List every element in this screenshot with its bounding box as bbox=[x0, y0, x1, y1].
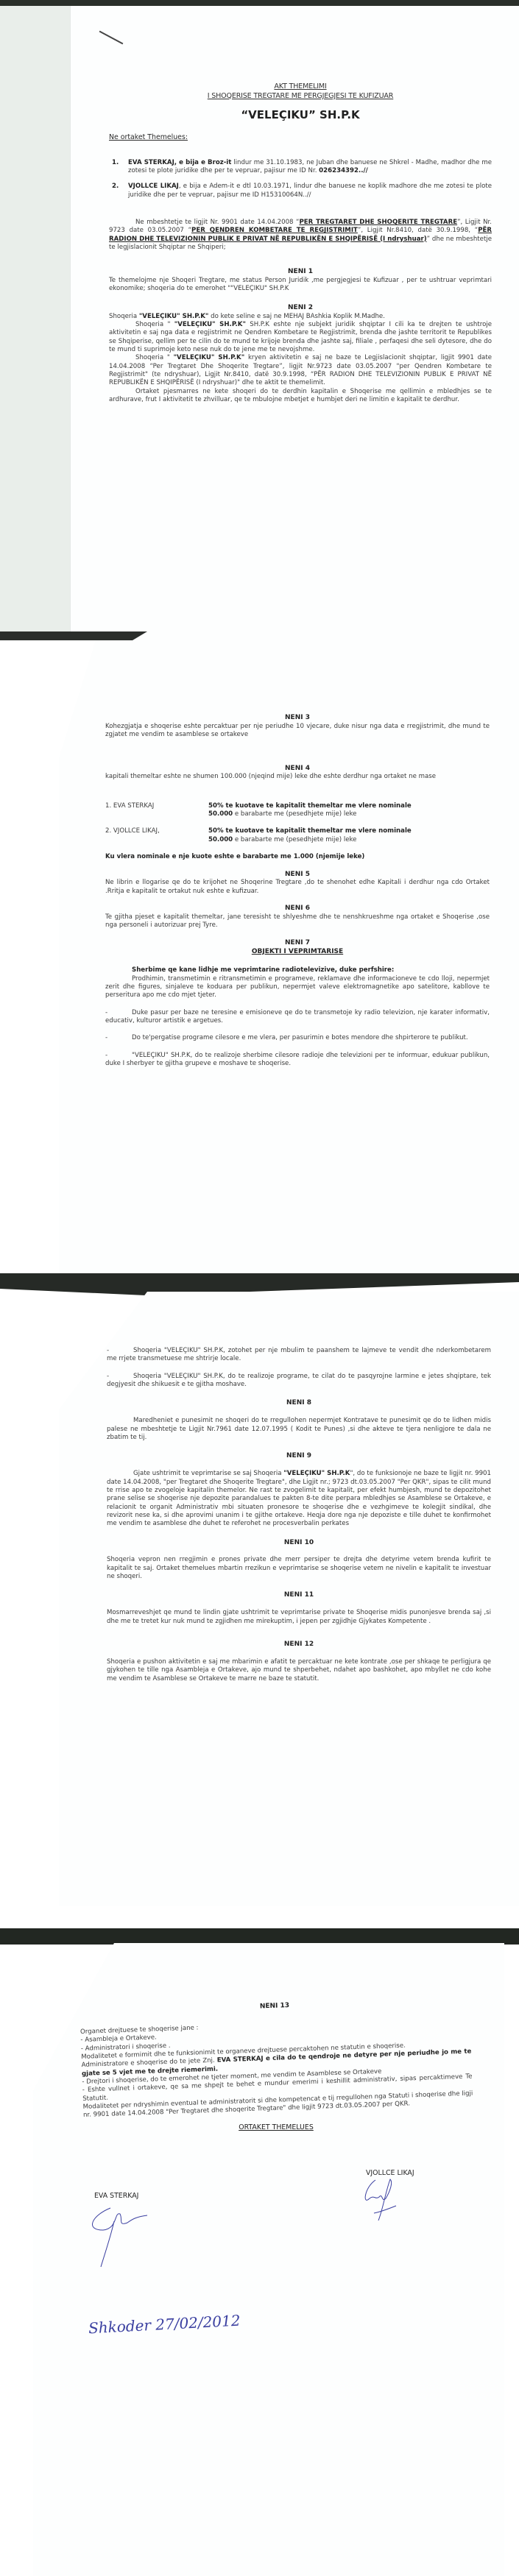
scan-edge bbox=[0, 631, 147, 640]
neni-3-title: NENI 3 bbox=[105, 714, 490, 723]
nominal-value: Ku vlera nominale e nje kuote eshte e ba… bbox=[105, 853, 490, 861]
neni-7-item-3: -"VELEÇIKU" SH.P.K, do te realizoje sher… bbox=[105, 1052, 490, 1069]
legal-basis: Ne mbeshtetje te ligjit Nr. 9901 date 14… bbox=[109, 219, 492, 252]
neni-4-title: NENI 4 bbox=[105, 765, 490, 774]
neni-1-title: NENI 1 bbox=[109, 268, 492, 277]
neni-11-text: Mosmarreveshjet qe mund te lindin gjate … bbox=[107, 1609, 491, 1626]
neni-6-title: NENI 6 bbox=[105, 905, 490, 913]
neni-7-item-1: -Duke pasur per baze ne teresine e emisi… bbox=[105, 1009, 490, 1026]
neni-7-lead: Sherbime qe kane lidhje me veprimtarine … bbox=[105, 966, 490, 974]
neni-7-p1: Prodhimin, transmetimin e ritransmetimin… bbox=[105, 975, 490, 1000]
scan-edge bbox=[0, 1928, 519, 1945]
neni-12-text: Shoqeria e pushon aktivitetin e saj me m… bbox=[107, 1658, 491, 1683]
neni-12-title: NENI 12 bbox=[107, 1641, 491, 1649]
founders-label: Ne ortaket Themelues: bbox=[109, 133, 492, 142]
neni-4-text: kapitali themeltar eshte ne shumen 100.0… bbox=[105, 773, 490, 781]
scan-edge bbox=[0, 0, 519, 6]
signatures-title: ORTAKET THEMELUES bbox=[221, 2123, 331, 2132]
neni-6-text: Te gjitha pjeset e kapitalit themeltar, … bbox=[105, 913, 490, 930]
page-1: AKT THEMELIMI I SHOQERISE TREGTARE ME PE… bbox=[0, 0, 519, 640]
neni-3-text: Kohezgjatja e shoqerise eshte percaktuar… bbox=[105, 723, 490, 740]
neni-10-title: NENI 10 bbox=[107, 1539, 491, 1548]
neni-1-text: Te themelojme nje Shoqeri Tregtare, me s… bbox=[109, 277, 492, 294]
founder-1-id: 026234392..// bbox=[319, 167, 368, 174]
founder-1-name: EVA STERKAJ, e bija e Broz-it bbox=[128, 159, 231, 166]
doc-title-line2: I SHOQERISE TREGTARE ME PERGJEGJESI TE K… bbox=[109, 92, 492, 102]
founder-1: 1. EVA STERKAJ, e bija e Broz-it lindur … bbox=[112, 159, 492, 176]
neni-7-subtitle: OBJEKTI I VEPRIMTARISE bbox=[105, 948, 490, 957]
neni-8-text: Maredheniet e punesimit ne shoqeri do te… bbox=[107, 1417, 491, 1442]
neni-7-item-2: -Do te'pergatise programe cilesore e me … bbox=[105, 1034, 490, 1042]
neni-2-title: NENI 2 bbox=[109, 304, 492, 313]
page-4: NENI 13 Organet drejtuese te shoqerise j… bbox=[0, 1906, 519, 2576]
page-2: NENI 3 Kohezgjatja e shoqerise eshte per… bbox=[0, 640, 519, 1273]
neni-2-p3: Shoqeria " "VELEÇIKU" SH.P.K" kryen akti… bbox=[109, 354, 492, 387]
neni-11-title: NENI 11 bbox=[107, 1591, 491, 1600]
founder-2: 2. VJOLLCE LIKAJ, e bija e Adem-it e dtl… bbox=[112, 183, 492, 199]
neni-9-title: NENI 9 bbox=[107, 1452, 491, 1461]
page-3: -Shoqeria "VELEÇIKU" SH.P.K, zotohet per… bbox=[0, 1273, 519, 1906]
quota-row-1: 1. EVA STERKAJ 50% te kuotave te kapital… bbox=[105, 802, 490, 819]
signature-name-left: EVA STERKAJ bbox=[94, 2192, 138, 2201]
neni-2-p4: Ortaket pjesmarres ne kete shoqeri do te… bbox=[109, 388, 492, 405]
neni-9-text: Gjate ushtrimit te veprimtarise se saj S… bbox=[107, 1470, 491, 1528]
neni-7-title: NENI 7 bbox=[105, 939, 490, 948]
neni-2-p2: Shoqeria " "VELEÇIKU" SH.P.K" SH.P.K esh… bbox=[109, 321, 492, 354]
neni-2-p1: Shoqeria "VELEÇIKU" SH.P.K" do kete seli… bbox=[109, 313, 492, 321]
quota-row-2: 2. VJOLLCE LIKAJ, 50% te kuotave te kapi… bbox=[105, 827, 490, 844]
neni-8-title: NENI 8 bbox=[107, 1399, 491, 1408]
signature-left-icon bbox=[85, 2201, 158, 2271]
neni-5-text: Ne librin e llogarise qe do te krijohet … bbox=[105, 879, 490, 896]
founder-2-name: VJOLLCE LIKAJ bbox=[128, 183, 179, 190]
company-name: “VELEÇIKU” SH.P.K bbox=[109, 108, 492, 123]
neni-5-title: NENI 5 bbox=[105, 871, 490, 880]
signature-right-icon bbox=[361, 2176, 405, 2228]
neni-7-item-5: -Shoqeria "VELEÇIKU" SH.P.K, do te reali… bbox=[107, 1373, 491, 1390]
neni-7-item-4: -Shoqeria "VELEÇIKU" SH.P.K, zotohet per… bbox=[107, 1347, 491, 1364]
doc-title-line1: AKT THEMELIMI bbox=[109, 82, 492, 92]
neni-10-text: Shoqeria vepron nen rregjimin e prones p… bbox=[107, 1556, 491, 1581]
